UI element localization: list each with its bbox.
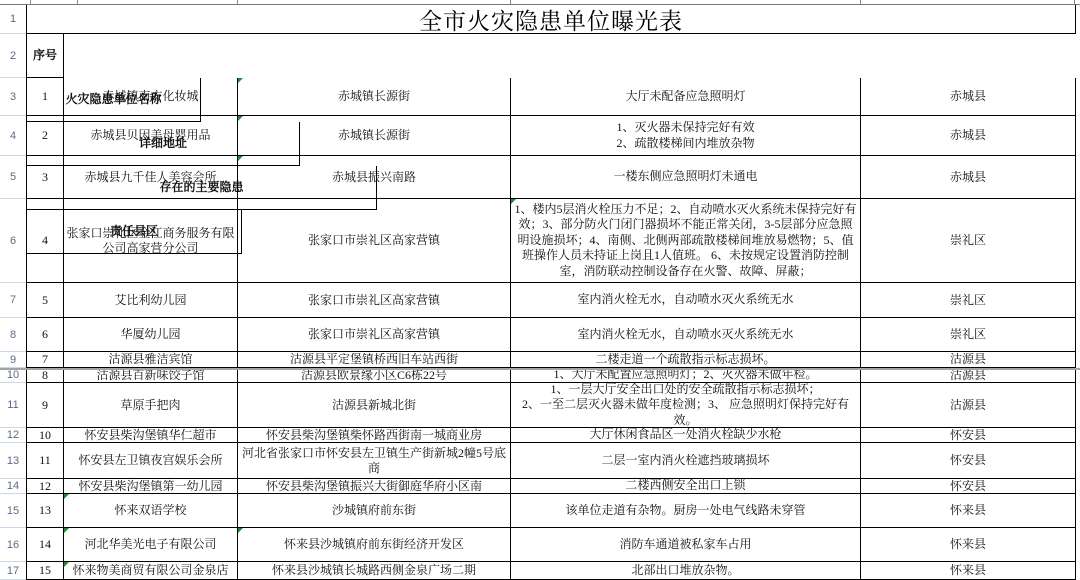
table-row-8: 8沽源县百新味饺子馆沽源县欧景缘小区C6栋22号1、大厅未配置应急照明灯；2、灭… <box>27 368 1076 383</box>
cell-no-row13[interactable]: 13 <box>27 494 64 528</box>
cell-address-row11[interactable]: 河北省张家口市怀安县左卫镇生产街新城2幢5号底商 <box>238 443 511 479</box>
row-number-5[interactable]: 5 <box>0 156 26 199</box>
cell-no-row1[interactable]: 1 <box>27 78 64 116</box>
row-number-13[interactable]: 13 <box>0 443 26 479</box>
cell-error-flag-icon <box>64 562 69 567</box>
cell-name-row9[interactable]: 草原手把肉 <box>64 383 238 428</box>
row-number-12[interactable]: 12 <box>0 428 26 443</box>
cell-address-row12[interactable]: 怀安县柴沟堡镇振兴大街御庭华府小区南 <box>238 479 511 494</box>
row-number-11[interactable]: 11 <box>0 383 26 428</box>
table-row-7: 7沽源县雅洁宾馆沽源县平定堡镇桥西旧车站西街二楼走道一个疏散指示标志损坏。沽源县 <box>27 352 1076 368</box>
cell-no-row15[interactable]: 15 <box>27 562 64 580</box>
row-number-9[interactable]: 9 <box>0 352 26 368</box>
cell-name-row12[interactable]: 怀安县柴沟堡镇第一幼儿园 <box>64 479 238 494</box>
table-header-row: 序号火灾隐患单位名称详细地址存在的主要隐患责任县区 <box>27 34 1076 78</box>
cell-district-row1[interactable]: 赤城县 <box>861 78 1076 116</box>
table-row-13: 13怀来双语学校沙城镇府前东街该单位走道有杂物。厨房一处电气线路未穿管怀来县 <box>27 494 1076 528</box>
header-cell-no[interactable]: 序号 <box>27 34 64 78</box>
fire-hazard-table: 全市火灾隐患单位曝光表 序号火灾隐患单位名称详细地址存在的主要隐患责任县区 1赤… <box>26 5 1076 580</box>
cell-hazards-row11[interactable]: 二层一室内消火栓遮挡玻璃损坏 <box>511 443 861 479</box>
cell-district-row4[interactable]: 崇礼区 <box>861 199 1076 283</box>
cell-name-row14[interactable]: 河北华美光电子有限公司 <box>64 528 238 562</box>
cell-district-row8[interactable]: 沽源县 <box>861 368 1076 383</box>
row-number-1[interactable]: 1 <box>0 5 26 34</box>
cell-address-row14[interactable]: 怀来县沙城镇府前东街经济开发区 <box>238 528 511 562</box>
table-row-15: 15怀来物美商贸有限公司金泉店怀来县沙城镇长城路西侧金泉广场二期北部出口堆放杂物… <box>27 562 1076 580</box>
table-row-9: 9草原手把肉沽源县新城北街1、一层大厅安全出口处的安全疏散指示标志损坏； 2、一… <box>27 383 1076 428</box>
table-body: 1赤城镇南方化妆城赤城镇长源街大厅未配备应急照明灯赤城县2赤城县贝因美母婴用品赤… <box>27 78 1076 580</box>
cell-name-row8[interactable]: 沽源县百新味饺子馆 <box>64 368 238 383</box>
cell-address-row15[interactable]: 怀来县沙城镇长城路西侧金泉广场二期 <box>238 562 511 580</box>
cell-hazards-row7[interactable]: 二楼走道一个疏散指示标志损坏。 <box>511 352 861 368</box>
gridline-tick <box>1074 0 1075 4</box>
cell-address-row5[interactable]: 张家口市崇礼区高家营镇 <box>238 283 511 318</box>
cell-no-row2[interactable]: 2 <box>27 116 64 156</box>
cell-no-row9[interactable]: 9 <box>27 383 64 428</box>
row-number-3[interactable]: 3 <box>0 78 26 116</box>
cell-error-flag-icon <box>238 528 243 533</box>
row-number-16[interactable]: 16 <box>0 528 26 562</box>
gridline-tick <box>860 0 861 4</box>
cell-address-row7[interactable]: 沽源县平定堡镇桥西旧车站西街 <box>238 352 511 368</box>
cell-district-row3[interactable]: 赤城县 <box>861 156 1076 199</box>
table-title: 全市火灾隐患单位曝光表 <box>419 3 683 36</box>
cell-name-row1[interactable]: 赤城镇南方化妆城 <box>64 78 238 116</box>
table-row-6: 6华厦幼儿园张家口市崇礼区高家营镇室内消火栓无水，自动喷水灭火系统无水崇礼区 <box>27 318 1076 352</box>
cell-name-row15[interactable]: 怀来物美商贸有限公司金泉店 <box>64 562 238 580</box>
cell-hazards-row12[interactable]: 二楼西侧安全出口上锁 <box>511 479 861 494</box>
cell-hazards-row5[interactable]: 室内消火栓无水，自动喷水灭火系统无水 <box>511 283 861 318</box>
cell-error-flag-icon <box>238 116 243 121</box>
cell-name-row3[interactable]: 赤城县九千佳人美容会所 <box>64 156 238 199</box>
cell-no-row14[interactable]: 14 <box>27 528 64 562</box>
row-number-4[interactable]: 4 <box>0 116 26 156</box>
cell-district-row14[interactable]: 怀来县 <box>861 528 1076 562</box>
cell-district-row10[interactable]: 怀安县 <box>861 428 1076 443</box>
row-number-8[interactable]: 8 <box>0 318 26 352</box>
cell-no-row5[interactable]: 5 <box>27 283 64 318</box>
cell-no-row3[interactable]: 3 <box>27 156 64 199</box>
cell-district-row6[interactable]: 崇礼区 <box>861 318 1076 352</box>
cell-hazards-row15[interactable]: 北部出口堆放杂物。 <box>511 562 861 580</box>
table-row-5: 5艾比利幼儿园张家口市崇礼区高家营镇室内消火栓无水，自动喷水灭火系统无水崇礼区 <box>27 283 1076 318</box>
cell-error-flag-icon <box>238 78 243 83</box>
cell-district-row9[interactable]: 沽源县 <box>861 383 1076 428</box>
cell-error-flag-icon <box>511 199 516 204</box>
cell-address-row3[interactable]: 赤城县振兴南路 <box>238 156 511 199</box>
row-number-gutter: 1234567891011121314151617 <box>0 5 26 580</box>
row-number-6[interactable]: 6 <box>0 199 26 283</box>
cell-hazards-row6[interactable]: 室内消火栓无水，自动喷水灭火系统无水 <box>511 318 861 352</box>
row-number-2[interactable]: 2 <box>0 34 26 78</box>
row-number-17[interactable]: 17 <box>0 562 26 580</box>
cell-no-row4[interactable]: 4 <box>27 199 64 283</box>
cell-no-row6[interactable]: 6 <box>27 318 64 352</box>
cell-no-row11[interactable]: 11 <box>27 443 64 479</box>
cell-hazards-row10[interactable]: 大厅休闲食品区一处消火栓缺少水枪 <box>511 428 861 443</box>
row-number-15[interactable]: 15 <box>0 494 26 528</box>
cell-no-row12[interactable]: 12 <box>27 479 64 494</box>
cell-address-row10[interactable]: 怀安县柴沟堡镇柴怀路西街南一城商业房 <box>238 428 511 443</box>
cell-name-row5[interactable]: 艾比利幼儿园 <box>64 283 238 318</box>
cell-name-row7[interactable]: 沽源县雅洁宾馆 <box>64 352 238 368</box>
cell-hazards-row14[interactable]: 消防车通道被私家车占用 <box>511 528 861 562</box>
row-number-7[interactable]: 7 <box>0 283 26 318</box>
frozen-pane-divider <box>0 368 1080 370</box>
cell-name-row13[interactable]: 怀来双语学校 <box>64 494 238 528</box>
cell-no-row8[interactable]: 8 <box>27 368 64 383</box>
table-title-row: 全市火灾隐患单位曝光表 <box>27 5 1076 34</box>
table-row-3: 3赤城县九千佳人美容会所赤城县振兴南路一楼东侧应急照明灯未通电赤城县 <box>27 156 1076 199</box>
cell-hazards-row1[interactable]: 大厅未配备应急照明灯 <box>511 78 861 116</box>
table-row-10: 10怀安县柴沟堡镇华仁超市怀安县柴沟堡镇柴怀路西街南一城商业房大厅休闲食品区一处… <box>27 428 1076 443</box>
row-number-10[interactable]: 10 <box>0 368 26 383</box>
cell-hazards-row9[interactable]: 1、一层大厅安全出口处的安全疏散指示标志损坏； 2、一至二层灭火器未做年度检测；… <box>511 383 861 428</box>
cell-name-row11[interactable]: 怀安县左卫镇夜宫娱乐会所 <box>64 443 238 479</box>
gridline-tick <box>30 0 31 4</box>
gridline-tick <box>237 0 238 4</box>
cell-no-row7[interactable]: 7 <box>27 352 64 368</box>
cell-district-row12[interactable]: 怀安县 <box>861 479 1076 494</box>
cell-address-row9[interactable]: 沽源县新城北街 <box>238 383 511 428</box>
cell-hazards-row8[interactable]: 1、大厅未配置应急照明灯；2、灭火器未做年检。 <box>511 368 861 383</box>
cell-error-flag-icon <box>64 494 69 499</box>
table-row-2: 2赤城县贝因美母婴用品赤城镇长源街1、灭火器未保持完好有效 2、疏散楼梯间内堆放… <box>27 116 1076 156</box>
row-number-14[interactable]: 14 <box>0 479 26 494</box>
cell-error-flag-icon <box>64 528 69 533</box>
cell-district-row2[interactable]: 赤城县 <box>861 116 1076 156</box>
cell-no-row10[interactable]: 10 <box>27 428 64 443</box>
cell-hazards-row3[interactable]: 一楼东侧应急照明灯未通电 <box>511 156 861 199</box>
cell-district-row15[interactable]: 怀来县 <box>861 562 1076 580</box>
cell-hazards-row2[interactable]: 1、灭火器未保持完好有效 2、疏散楼梯间内堆放杂物 <box>511 116 861 156</box>
cell-name-row6[interactable]: 华厦幼儿园 <box>64 318 238 352</box>
gridline-tick <box>77 0 78 4</box>
cell-address-row13[interactable]: 沙城镇府前东街 <box>238 494 511 528</box>
cell-address-row4[interactable]: 张家口市崇礼区高家营镇 <box>238 199 511 283</box>
table-row-4: 4张家口崇礼区金江商务服务有限公司高家营分公司张家口市崇礼区高家营镇1、楼内5层… <box>27 199 1076 283</box>
cell-hazards-row13[interactable]: 该单位走道有杂物。厨房一处电气线路未穿管 <box>511 494 861 528</box>
cell-error-flag-icon <box>238 156 243 161</box>
table-row-12: 12怀安县柴沟堡镇第一幼儿园怀安县柴沟堡镇振兴大街御庭华府小区南二楼西侧安全出口… <box>27 479 1076 494</box>
cell-district-row13[interactable]: 怀来县 <box>861 494 1076 528</box>
table-row-14: 14河北华美光电子有限公司怀来县沙城镇府前东街经济开发区消防车通道被私家车占用怀… <box>27 528 1076 562</box>
cell-district-row11[interactable]: 怀安县 <box>861 443 1076 479</box>
cell-address-row6[interactable]: 张家口市崇礼区高家营镇 <box>238 318 511 352</box>
cell-hazards-row4[interactable]: 1、楼内5层消火栓压力不足；2、自动喷水灭火系统未保持完好有效；3、部分防火门闭… <box>511 199 861 283</box>
cell-address-row1[interactable]: 赤城镇长源街 <box>238 78 511 116</box>
cell-address-row2[interactable]: 赤城镇长源街 <box>238 116 511 156</box>
cell-name-row10[interactable]: 怀安县柴沟堡镇华仁超市 <box>64 428 238 443</box>
cell-district-row5[interactable]: 崇礼区 <box>861 283 1076 318</box>
cell-name-row2[interactable]: 赤城县贝因美母婴用品 <box>64 116 238 156</box>
table-row-11: 11怀安县左卫镇夜宫娱乐会所河北省张家口市怀安县左卫镇生产街新城2幢5号底商二层… <box>27 443 1076 479</box>
table-row-1: 1赤城镇南方化妆城赤城镇长源街大厅未配备应急照明灯赤城县 <box>27 78 1076 116</box>
cell-district-row7[interactable]: 沽源县 <box>861 352 1076 368</box>
cell-address-row8[interactable]: 沽源县欧景缘小区C6栋22号 <box>238 368 511 383</box>
spreadsheet: 1234567891011121314151617 全市火灾隐患单位曝光表 序号… <box>0 0 1080 580</box>
cell-name-row4[interactable]: 张家口崇礼区金江商务服务有限公司高家营分公司 <box>64 199 238 283</box>
